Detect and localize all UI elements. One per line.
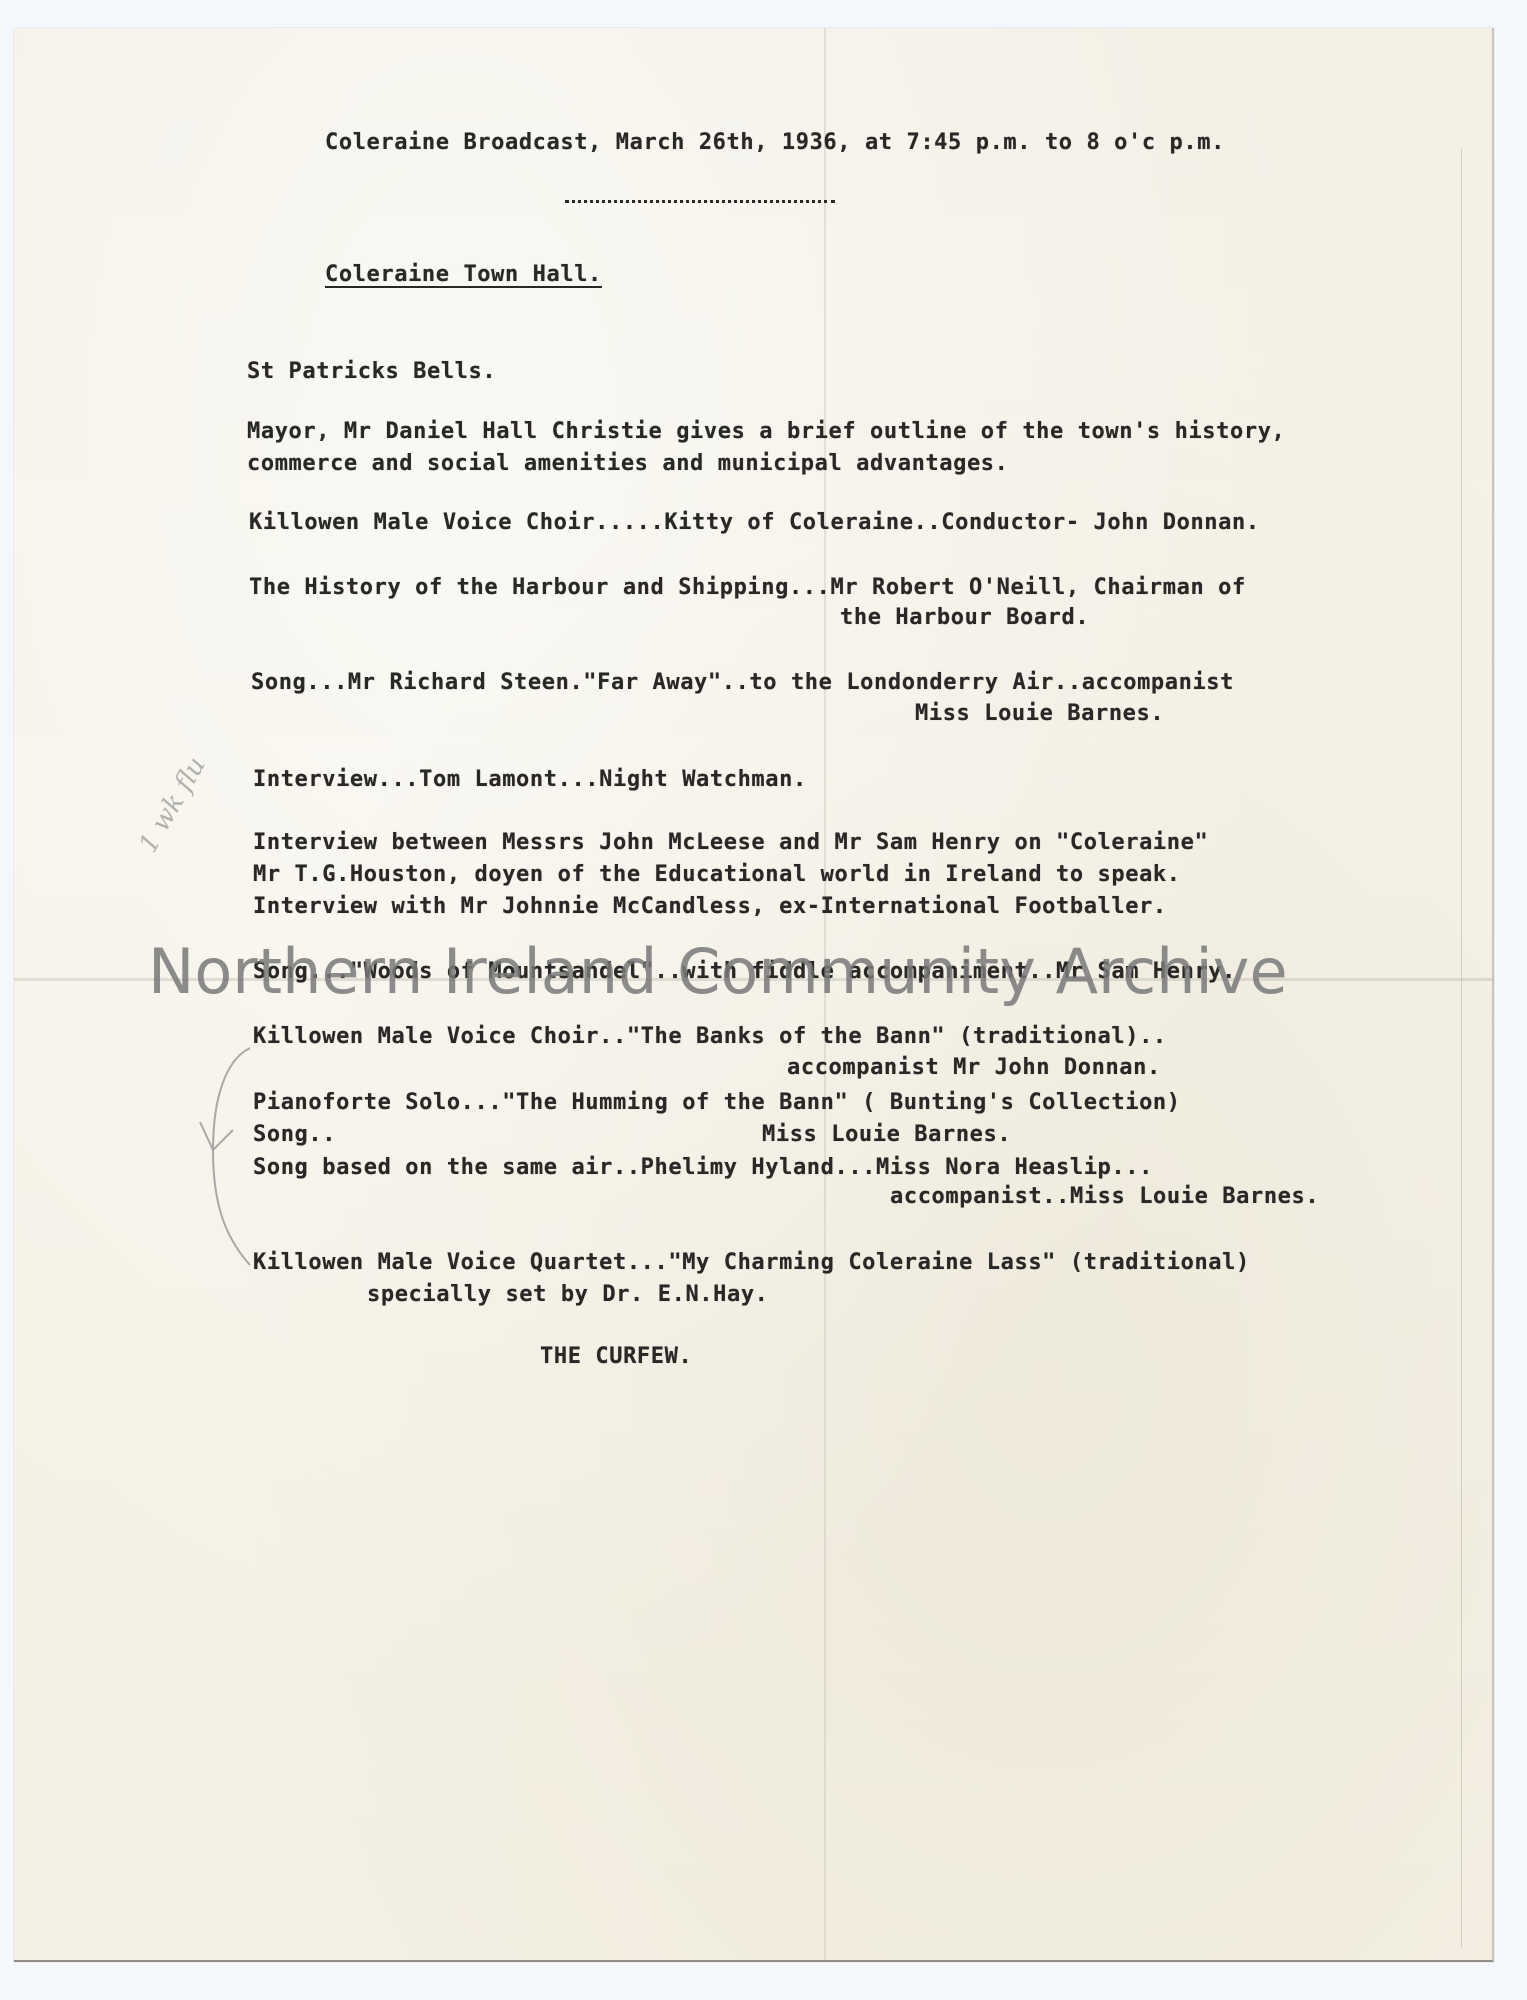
fold-crease-vertical bbox=[824, 28, 826, 1960]
programme-item: The History of the Harbour and Shipping.… bbox=[249, 574, 1246, 602]
programme-item: accompanist Mr John Donnan. bbox=[787, 1054, 1161, 1082]
broadcast-header: Coleraine Broadcast, March 26th, 1936, a… bbox=[325, 129, 1225, 157]
programme-item: Pianoforte Solo..."The Humming of the Ba… bbox=[253, 1089, 1181, 1117]
paper-edge bbox=[1461, 148, 1492, 1948]
programme-item: Mr T.G.Houston, doyen of the Educational… bbox=[253, 861, 1181, 889]
programme-item: Killowen Male Voice Choir.....Kitty of C… bbox=[249, 509, 1260, 537]
programme-closing: THE CURFEW. bbox=[540, 1343, 692, 1371]
programme-item: specially set by Dr. E.N.Hay. bbox=[367, 1281, 769, 1309]
programme-item: Interview between Messrs John McLeese an… bbox=[253, 829, 1208, 857]
document-page bbox=[14, 28, 1494, 1962]
programme-item: commerce and social amenities and munici… bbox=[247, 450, 1008, 478]
programme-item: Song..."Woods of Mountsandel"..with fidd… bbox=[253, 958, 1236, 986]
programme-item: Miss Louie Barnes. bbox=[762, 1121, 1011, 1149]
programme-item: Song...Mr Richard Steen."Far Away"..to t… bbox=[251, 669, 1234, 697]
programme-item-struck: Song.. bbox=[253, 1121, 336, 1149]
handwritten-arrow-icon bbox=[195, 1040, 265, 1270]
programme-item: Interview with Mr Johnnie McCandless, ex… bbox=[253, 893, 1167, 921]
separator-line bbox=[565, 200, 835, 203]
programme-item: St Patricks Bells. bbox=[247, 358, 496, 386]
programme-item: Song based on the same air..Phelimy Hyla… bbox=[253, 1154, 1153, 1182]
programme-item: the Harbour Board. bbox=[840, 604, 1089, 632]
venue-heading: Coleraine Town Hall. bbox=[325, 261, 602, 289]
programme-item: Miss Louie Barnes. bbox=[915, 700, 1164, 728]
programme-item: Killowen Male Voice Choir.."The Banks of… bbox=[253, 1023, 1167, 1051]
programme-item: accompanist..Miss Louie Barnes. bbox=[890, 1183, 1319, 1211]
programme-item: Mayor, Mr Daniel Hall Christie gives a b… bbox=[247, 418, 1285, 446]
programme-item: Killowen Male Voice Quartet..."My Charmi… bbox=[253, 1249, 1250, 1277]
programme-item: Interview...Tom Lamont...Night Watchman. bbox=[253, 766, 807, 794]
